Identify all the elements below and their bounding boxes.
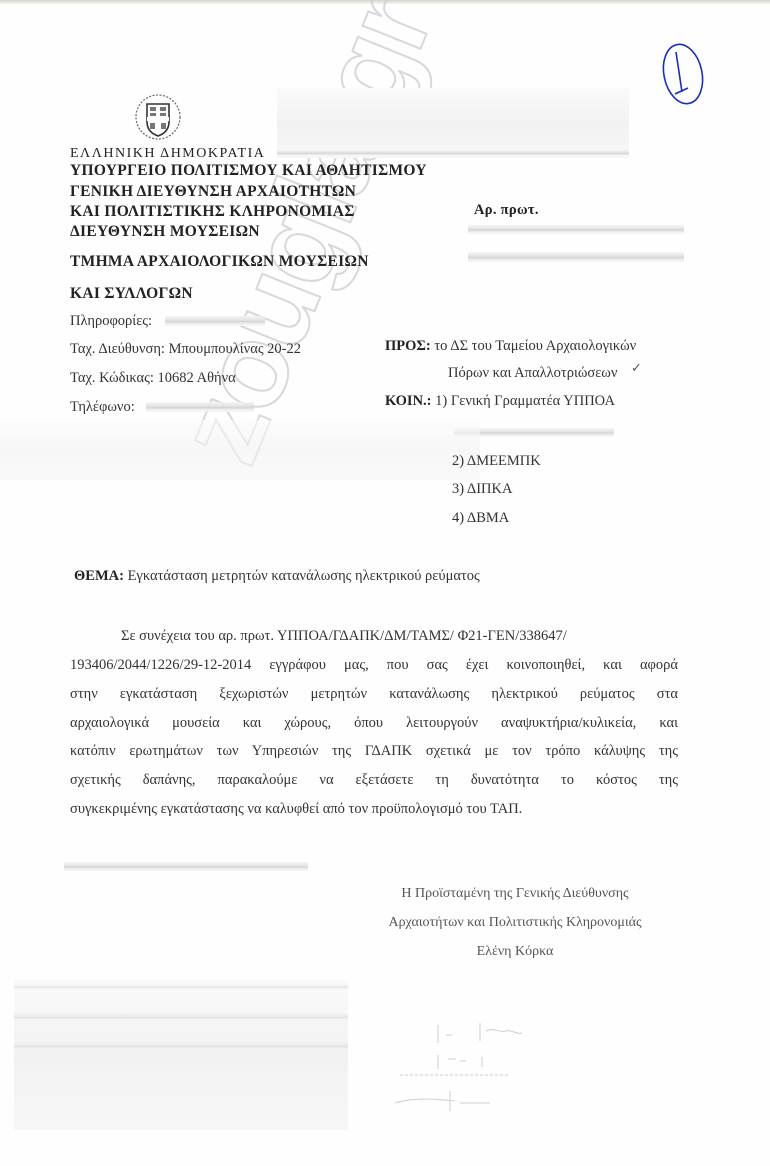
header-cultural-heritage: ΚΑΙ ΠΟΛΙΤΙΣΤΙΚΗΣ ΚΛΗΡΟΝΟΜΙΑΣ bbox=[70, 203, 355, 221]
header-department: ΤΜΗΜΑ ΑΡΧΑΙΟΛΟΓΙΚΩΝ ΜΟΥΣΕΙΩΝ bbox=[70, 253, 369, 271]
subject: ΘΕΜΑ: Εγκατάσταση μετρητών κατανάλωσης η… bbox=[74, 568, 480, 585]
contact-address: Ταχ. Διεύθυνση: Μπουμπουλίνας 20-22 bbox=[70, 341, 301, 358]
redacted-footer-line bbox=[64, 862, 308, 871]
redacted-block-left bbox=[0, 420, 480, 480]
recipient-to: ΠΡΟΣ: το ΔΣ του Ταμείου Αρχαιολογικών bbox=[385, 338, 636, 355]
redacted-header-block bbox=[277, 88, 629, 158]
contact-postal-code: Ταχ. Κώδικας: 10682 Αθήνα bbox=[70, 370, 236, 387]
contact-phone-label: Τηλέφωνο: bbox=[70, 399, 135, 416]
redacted-bottom-line-2 bbox=[14, 1013, 348, 1021]
body-line-1: Σε συνέχεια του αρ. πρωτ. ΥΠΠΟΑ/ΓΔΑΠΚ/ΔΜ… bbox=[121, 628, 678, 645]
signature-name: Ελένη Κόρκα bbox=[340, 944, 690, 960]
redacted-protocol-number-2 bbox=[468, 252, 684, 262]
cc-item-3: 3) ΔΙΠΚΑ bbox=[452, 481, 512, 498]
contact-info-label: Πληροφορίες: bbox=[70, 313, 152, 330]
handwritten-page-number-icon bbox=[658, 38, 708, 108]
greek-emblem-icon bbox=[133, 92, 183, 142]
checkmark-icon: ✓ bbox=[631, 360, 642, 376]
signature-title-1: Η Προϊσταμένη της Γενικής Διεύθυνσης bbox=[340, 886, 690, 902]
document-page: zougla.gr ΕΛΛΗΝΙΚΗ ΔΗΜΟΚΡΑΤΙΑ ΥΠΟΥΡΓΕΙΟ … bbox=[0, 0, 770, 1166]
redacted-protocol-number-1 bbox=[468, 225, 684, 234]
faint-stamp-icon bbox=[390, 1005, 580, 1125]
header-department-2: ΚΑΙ ΣΥΛΛΟΓΩΝ bbox=[70, 285, 193, 303]
body-line-7: συγκεκριμένης εγκατάστασης να καλυφθεί α… bbox=[70, 801, 678, 818]
redacted-phone bbox=[146, 402, 254, 412]
to-line-2: Πόρων και Απαλλοτριώσεων bbox=[448, 365, 617, 382]
to-label: ΠΡΟΣ: bbox=[385, 338, 431, 354]
header-museums-directorate: ΔΙΕΥΘΥΝΣΗ ΜΟΥΣΕΙΩΝ bbox=[70, 223, 260, 241]
body-line-6: σχετικής δαπάνης, παρακαλούμε να εξετάσε… bbox=[70, 772, 678, 789]
body-line-2: 193406/2044/1226/29-12-2014 εγγράφου μας… bbox=[70, 657, 678, 674]
subject-text: Εγκατάσταση μετρητών κατανάλωσης ηλεκτρι… bbox=[128, 568, 480, 584]
body-line-4: αρχαιολογικά μουσεία και χώρους, όπου λε… bbox=[70, 715, 678, 732]
to-line-1: το ΔΣ του Ταμείου Αρχαιολογικών bbox=[434, 338, 636, 354]
cc-item-2: 2) ΔΜΕΕΜΠΚ bbox=[452, 453, 541, 470]
protocol-label: Αρ. πρωτ. bbox=[474, 202, 539, 219]
body-line-3: στην εγκατάσταση ξεχωριστών μετρητών κατ… bbox=[70, 686, 678, 703]
body-line-5: κατόπιν ερωτημάτων των Υπηρεσιών της ΓΔΑ… bbox=[70, 743, 678, 760]
redacted-bottom-line-1 bbox=[14, 984, 348, 990]
cc-item-1: 1) Γενική Γραμματέα ΥΠΠΟΑ bbox=[435, 393, 615, 409]
redacted-bottom-block bbox=[14, 980, 348, 1130]
recipient-cc: ΚΟΙΝ.: 1) Γενική Γραμματέα ΥΠΠΟΑ bbox=[385, 393, 615, 410]
redacted-bottom-line-3 bbox=[14, 1042, 348, 1050]
header-general-directorate: ΓΕΝΙΚΗ ΔΙΕΥΘΥΝΣΗ ΑΡΧΑΙΟΤΗΤΩΝ bbox=[70, 183, 356, 201]
cc-label: ΚΟΙΝ.: bbox=[385, 393, 432, 409]
subject-label: ΘΕΜΑ: bbox=[74, 568, 124, 584]
redacted-info-name bbox=[165, 316, 265, 326]
signature-title-2: Αρχαιοτήτων και Πολιτιστικής Κληρονομιάς bbox=[340, 915, 690, 931]
header-ministry: ΥΠΟΥΡΓΕΙΟ ΠΟΛΙΤΙΣΜΟΥ ΚΑΙ ΑΘΛΗΤΙΣΜΟΥ bbox=[70, 162, 427, 180]
redacted-header-line bbox=[277, 150, 629, 156]
header-republic: ΕΛΛΗΝΙΚΗ ΔΗΜΟΚΡΑΤΙΑ bbox=[70, 146, 265, 162]
cc-item-4: 4) ΔΒΜΑ bbox=[452, 510, 509, 527]
